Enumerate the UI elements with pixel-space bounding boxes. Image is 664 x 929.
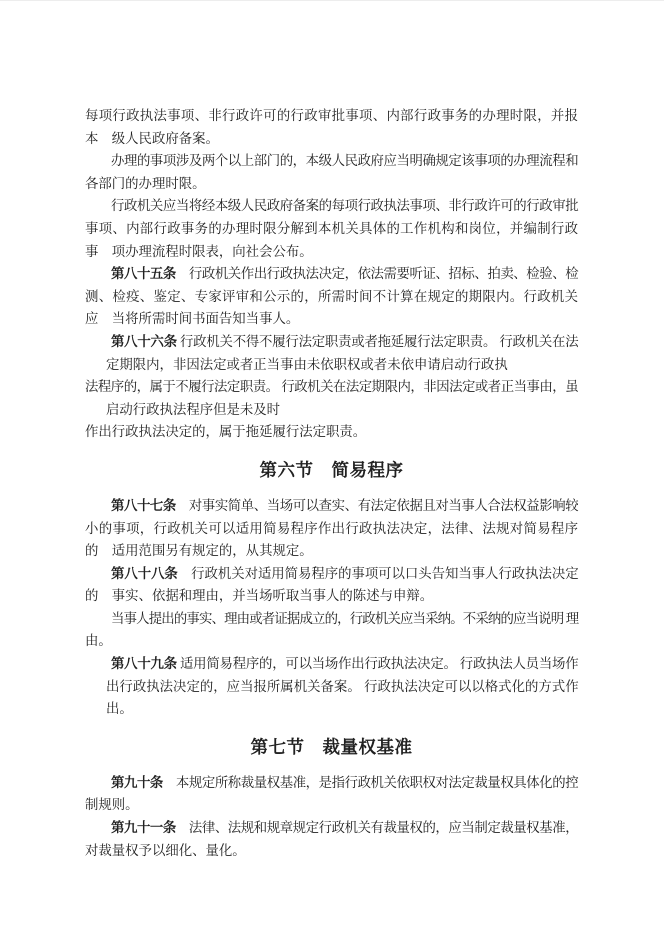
text-line: 作出行政执法决定的，属于拖延履行法定职责。: [85, 421, 578, 444]
section-heading: 第七节 裁量权基准: [85, 734, 578, 760]
text-line: 的 事实、依据和理由，并当场听取当事人的陈述与申辩。: [85, 585, 578, 608]
line-text: 对事实简单、当场可以查实、有法定依据且对当事人合法权益影响较: [176, 498, 578, 513]
text-line: 法程序的，属于不履行法定职责。 行政机关在法定期限内，非因法定或者正当事由，虽: [85, 376, 578, 399]
line-text: 的 适用范围另有规定的，从其规定。: [85, 543, 313, 558]
text-line: 小的事项，行政机关可以适用简易程序作出行政执法决定，法律、法规对简易程序: [85, 518, 578, 541]
text-line: 行政机关应当将经本级人民政府备案的每项行政执法事项、非行政许可的行政审批: [85, 195, 578, 218]
text-line: 事 项办理流程时限表，向社会公布。: [85, 241, 578, 264]
line-text: 行政机关对适用简易程序的事项可以口头告知当事人行政执法决定: [178, 566, 578, 581]
text-line: 办理的事项涉及两个以上部门的，本级人民政府应当明确规定该事项的办理流程和: [85, 150, 578, 173]
line-text: 法律、法规和规章规定行政机关有裁量权的，应当制定裁量权基准，: [176, 820, 578, 835]
line-text: 启动行政执法程序但是未及时: [106, 402, 280, 417]
line-text: 适用简易程序的，可以当场作出行政执法决定。 行政执法人员当场作: [177, 656, 578, 671]
article-number: 第八十九条: [111, 656, 177, 671]
document-page: 每项行政执法事项、非行政许可的行政审批事项、内部行政事务的办理时限，并报本 级人…: [0, 0, 664, 929]
article-number: 第八十五条: [111, 266, 176, 281]
text-line: 事项、内部行政事务的办理时限分解到本机关具体的工作机构和岗位，并编制行政: [85, 218, 578, 241]
line-text: 测、检疫、鉴定、专家评审和公示的，所需时间不计算在规定的期限内。行政机关: [85, 289, 578, 304]
text-line: 第八十八条 行政机关对适用简易程序的事项可以口头告知当事人行政执法决定: [85, 563, 578, 586]
line-text: 各部门的办理时限。: [85, 176, 206, 191]
text-line: 测、检疫、鉴定、专家评审和公示的，所需时间不计算在规定的期限内。行政机关: [85, 286, 578, 309]
line-text: 应 当将所需时间书面告知当事人。: [85, 311, 299, 326]
article-number: 第九十条: [111, 775, 163, 790]
text-line: 的 适用范围另有规定的，从其规定。: [85, 540, 578, 563]
text-line: 制规则。: [85, 794, 578, 817]
line-text: 本 级人民政府备案。: [85, 131, 219, 146]
text-line: 应 当将所需时间书面告知当事人。: [85, 308, 578, 331]
article-number: 第九十一条: [111, 820, 176, 835]
document-body: 每项行政执法事项、非行政许可的行政审批事项、内部行政事务的办理时限，并报本 级人…: [0, 1, 664, 862]
text-line: 第八十九条 适用简易程序的，可以当场作出行政执法决定。 行政执法人员当场作: [85, 653, 578, 676]
text-line: 启动行政执法程序但是未及时: [85, 399, 578, 422]
line-text: 事 项办理流程时限表，向社会公布。: [85, 244, 313, 259]
section-heading: 第六节 简易程序: [85, 457, 578, 483]
line-text: 由。: [85, 633, 112, 648]
article-number: 第八十六条: [111, 334, 177, 349]
text-line: 每项行政执法事项、非行政许可的行政审批事项、内部行政事务的办理时限，并报: [85, 105, 578, 128]
line-text: 行政机关作出行政执法决定，依法需要听证、招标、拍卖、检验、检: [176, 266, 578, 281]
line-text: 当事人提出的事实、理由或者证据成立的，行政机关应当采纳。不采纳的应当说明 理: [111, 611, 578, 626]
line-text: 的 事实、依据和理由，并当场听取当事人的陈述与申辩。: [85, 588, 433, 603]
line-text: 每项行政执法事项、非行政许可的行政审批事项、内部行政事务的办理时限，并报: [85, 108, 578, 123]
line-text: 行政机关不得不履行法定职责或者拖延履行法定职责。 行政机关在法: [177, 334, 578, 349]
text-line: 第九十一条 法律、法规和规章规定行政机关有裁量权的，应当制定裁量权基准，: [85, 817, 578, 840]
line-text: 对裁量权予以细化、量化。: [85, 843, 246, 858]
text-line: 由。: [85, 630, 578, 653]
text-line: 出。: [85, 698, 578, 721]
line-text: 小的事项，行政机关可以适用简易程序作出行政执法决定，法律、法规对简易程序: [85, 521, 578, 536]
line-text: 出行政执法决定的，应当报所属机关备案。 行政执法决定可以以格式化的方式作: [106, 679, 578, 694]
text-line: 本 级人民政府备案。: [85, 128, 578, 151]
line-text: 法程序的，属于不履行法定职责。 行政机关在法定期限内，非因法定或者正当事由，虽: [85, 379, 578, 394]
text-line: 各部门的办理时限。: [85, 173, 578, 196]
line-text: 出。: [106, 701, 133, 716]
line-text: 行政机关应当将经本级人民政府备案的每项行政执法事项、非行政许可的行政审批: [111, 198, 578, 213]
line-text: 办理的事项涉及两个以上部门的，本级人民政府应当明确规定该事项的办理流程和: [111, 153, 578, 168]
text-line: 对裁量权予以细化、量化。: [85, 840, 578, 863]
text-line: 第八十六条 行政机关不得不履行法定职责或者拖延履行法定职责。 行政机关在法: [85, 331, 578, 354]
article-number: 第八十八条: [111, 566, 178, 581]
line-text: 本规定所称裁量权基准，是指行政机关依职权对法定裁量权具体化的控: [163, 775, 578, 790]
line-text: 作出行政执法决定的，属于拖延履行法定职责。: [85, 424, 366, 439]
line-text: 制规则。: [85, 797, 139, 812]
text-line: 第八十五条 行政机关作出行政执法决定，依法需要听证、招标、拍卖、检验、检: [85, 263, 578, 286]
text-line: 第八十七条 对事实简单、当场可以查实、有法定依据且对当事人合法权益影响较: [85, 495, 578, 518]
article-number: 第八十七条: [111, 498, 176, 513]
text-line: 当事人提出的事实、理由或者证据成立的，行政机关应当采纳。不采纳的应当说明 理: [85, 608, 578, 631]
line-text: 定期限内，非因法定或者正当事由未依职权或者未依申请启动行政执: [106, 357, 508, 372]
text-line: 第九十条 本规定所称裁量权基准，是指行政机关依职权对法定裁量权具体化的控: [85, 772, 578, 795]
text-line: 出行政执法决定的，应当报所属机关备案。 行政执法决定可以以格式化的方式作: [85, 676, 578, 699]
text-line: 定期限内，非因法定或者正当事由未依职权或者未依申请启动行政执: [85, 354, 578, 377]
line-text: 事项、内部行政事务的办理时限分解到本机关具体的工作机构和岗位，并编制行政: [85, 221, 578, 236]
